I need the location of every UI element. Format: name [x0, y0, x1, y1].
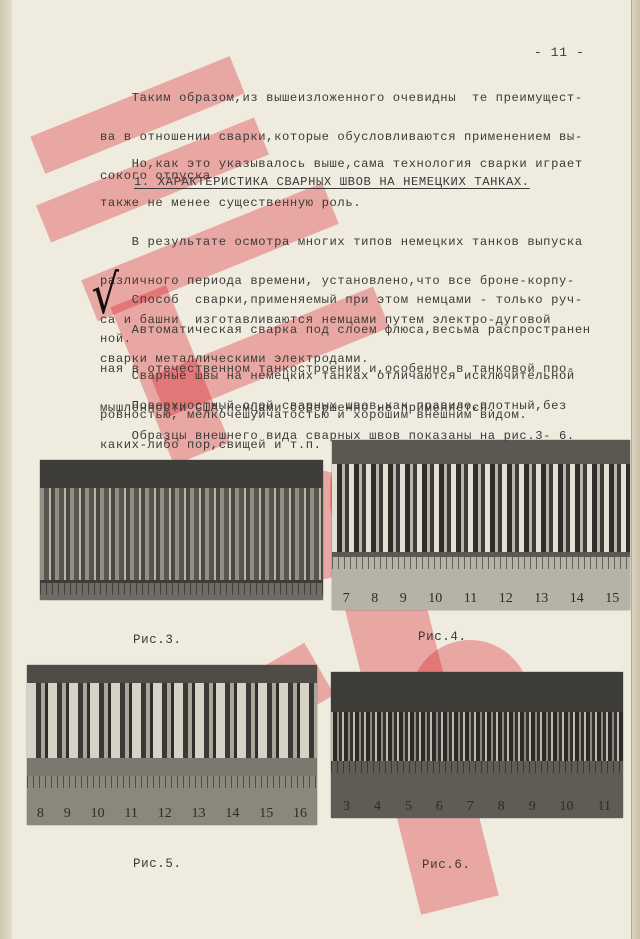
- figure-6-ruler: 34567891011: [331, 761, 623, 818]
- figure-5-photo: 8910111213141516: [27, 665, 317, 825]
- figure-4-ruler: 789101112131415: [332, 557, 630, 610]
- figure-4-photo: 789101112131415: [332, 440, 630, 610]
- text-line: Автоматическая сварка под слоем флюса,ве…: [100, 324, 636, 337]
- figure-3-photo: [40, 460, 323, 600]
- text-line: Образцы внешнего вида сварных швов показ…: [100, 430, 636, 443]
- margin-checkmark: √: [91, 268, 119, 322]
- page-number: - 11 -: [534, 46, 584, 59]
- section-heading: 1. ХАРАКТЕРИСТИКА СВАРНЫХ ШВОВ НА НЕМЕЦК…: [134, 176, 530, 189]
- text-line: В результате осмотра многих типов немецк…: [100, 236, 636, 249]
- figure-3-caption: Рис.3.: [133, 633, 182, 647]
- paragraph: Образцы внешнего вида сварных швов показ…: [100, 404, 636, 456]
- figure-6-caption: Рис.6.: [422, 858, 471, 872]
- text-line: также не менее существенную роль.: [100, 197, 636, 210]
- text-line: Но,как это указывалось выше,сама техноло…: [100, 158, 636, 171]
- figure-5-ruler: 8910111213141516: [27, 776, 317, 825]
- figure-5-caption: Рис.5.: [133, 857, 182, 871]
- figure-4-caption: Рис.4.: [418, 630, 467, 644]
- figure-6-photo: 34567891011: [331, 672, 623, 818]
- text-line: Таким образом,из вышеизложенного очевидн…: [100, 92, 636, 105]
